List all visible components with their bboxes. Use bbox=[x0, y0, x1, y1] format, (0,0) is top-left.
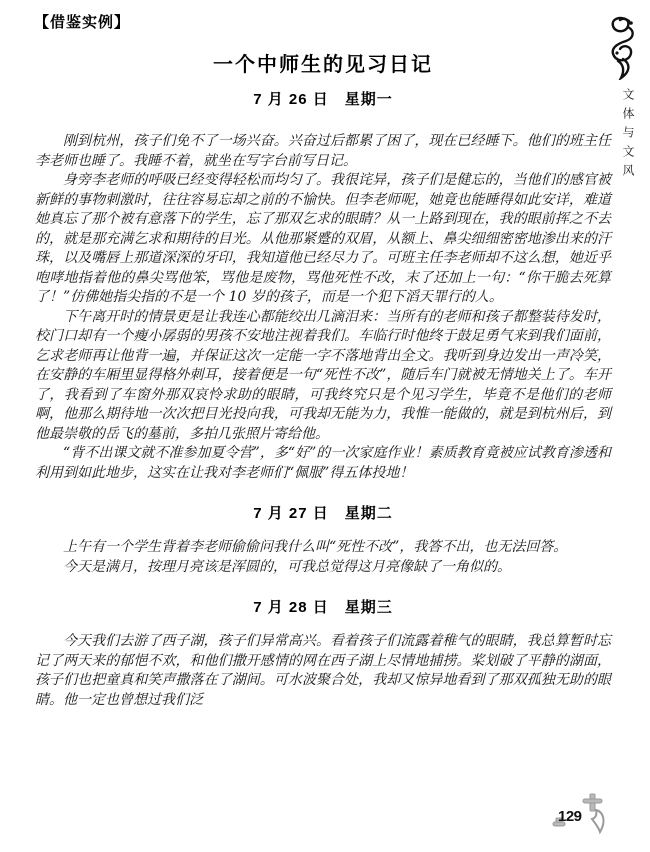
entry-body: 上午有一个学生背着李老师偷偷问我什么叫“死性不改”，我答不出，也无法回答。 今天… bbox=[35, 538, 611, 577]
article-title: 一个中师生的见习日记 bbox=[35, 48, 611, 77]
section-label: 【借鉴实例】 bbox=[34, 11, 130, 32]
paragraph: 身旁李老师的呼吸已经变得轻松而均匀了。我很诧异，孩子们是健忘的，当他们的感官被新… bbox=[35, 171, 611, 308]
entry-date: 7 月 26 日 星期一 bbox=[35, 88, 611, 109]
diary-entry: 7 月 27 日 星期二 上午有一个学生背着李老师偷偷问我什么叫“死性不改”，我… bbox=[35, 502, 611, 577]
book-page: 【借鉴实例】 文体与文风 一个中师生的见习日记 7 月 26 日 星期一 刚到杭… bbox=[0, 0, 650, 852]
page-number-stamp: 129 bbox=[552, 792, 612, 838]
article: 一个中师生的见习日记 7 月 26 日 星期一 刚到杭州，孩子们免不了一场兴奋。… bbox=[35, 48, 611, 710]
entry-body: 刚到杭州，孩子们免不了一场兴奋。兴奋过后都累了困了，现在已经睡下。他们的班主任李… bbox=[35, 132, 611, 483]
paragraph: 今天是满月，按理月亮该是浑圆的，可我总觉得这月亮像缺了一角似的。 bbox=[35, 558, 611, 578]
page-number: 129 bbox=[558, 808, 582, 825]
entry-date: 7 月 27 日 星期二 bbox=[35, 502, 611, 523]
chapter-side-title: 文体与文风 bbox=[620, 88, 637, 183]
entry-body: 今天我们去游了西子湖，孩子们异常高兴。看着孩子们流露着稚气的眼睛，我总算暂时忘记… bbox=[35, 632, 611, 710]
diary-entry: 7 月 26 日 星期一 刚到杭州，孩子们免不了一场兴奋。兴奋过后都累了困了，现… bbox=[35, 88, 611, 483]
entry-date: 7 月 28 日 星期三 bbox=[35, 596, 611, 617]
paragraph: “背不出课文就不准参加夏令营”，多“好”的一次家庭作业！素质教育竟被应试教育渗透… bbox=[35, 444, 611, 483]
paragraph: 下午离开时的情景更是让我连心都能绞出几滴泪来：当所有的老师和孩子都整装待发时，校… bbox=[35, 308, 611, 445]
paragraph: 刚到杭州，孩子们免不了一场兴奋。兴奋过后都累了困了，现在已经睡下。他们的班主任李… bbox=[35, 132, 611, 171]
diary-entry: 7 月 28 日 星期三 今天我们去游了西子湖，孩子们异常高兴。看着孩子们流露着… bbox=[35, 596, 611, 710]
paragraph: 上午有一个学生背着李老师偷偷问我什么叫“死性不改”，我答不出，也无法回答。 bbox=[35, 538, 611, 558]
paragraph: 今天我们去游了西子湖，孩子们异常高兴。看着孩子们流露着稚气的眼睛，我总算暂时忘记… bbox=[35, 632, 611, 710]
